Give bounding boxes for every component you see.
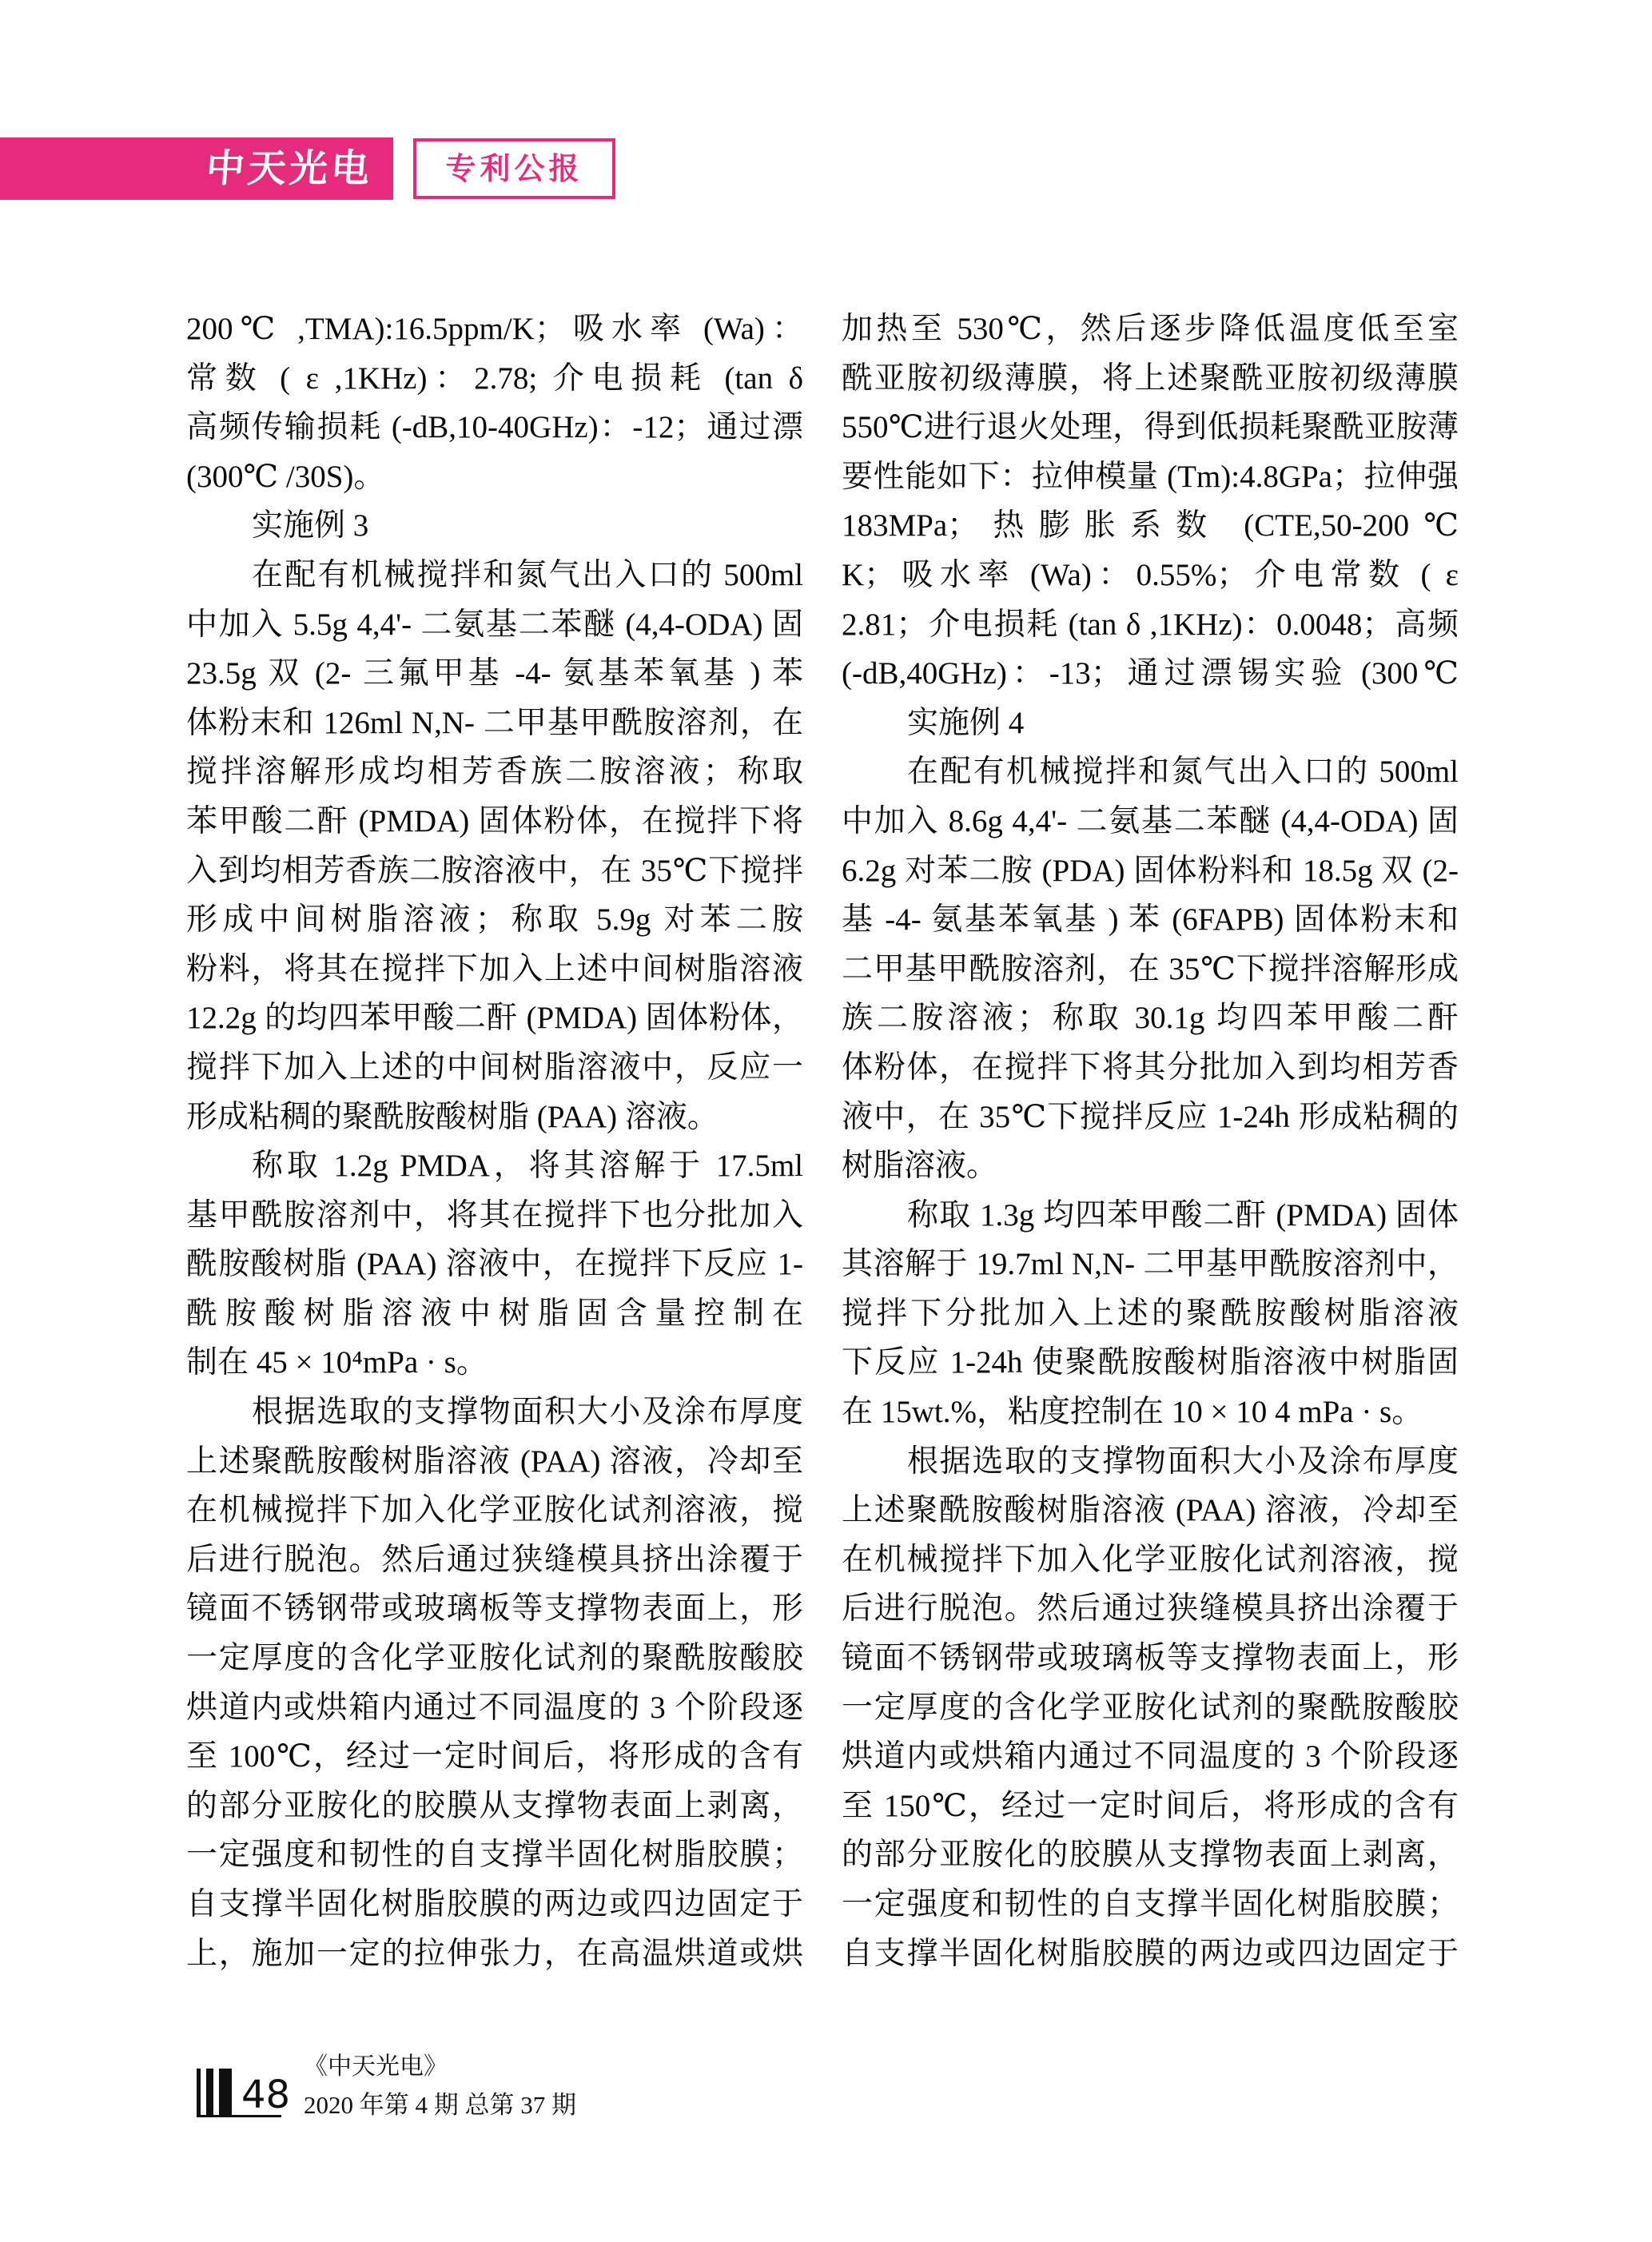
text-line: 根据选取的支撑物面积大小及涂布厚度称取足量 [186, 1388, 803, 1437]
barcode-icon [206, 2069, 213, 2115]
text-line: 中加入 8.6g 4,4'- 二氨基二苯醚 (4,4-ODA) 固体粉末、 [842, 797, 1459, 846]
text-line: 一定强度和韧性的自支撑半固化树脂胶膜；将上述的 [186, 1830, 803, 1880]
text-line: 搅拌溶解形成均相芳香族二胺溶液；称取 16.4g 均四 [186, 747, 803, 797]
text-line: 的部分亚胺化的胶膜从支撑物表面上剥离，得到具有 [842, 1830, 1459, 1880]
text-line: 形成粘稠的聚酰胺酸树脂 (PAA) 溶液。 [186, 1093, 803, 1142]
text-line: 其溶解于 19.7ml N,N- 二甲基甲酰胺溶剂中，将其在 [842, 1240, 1459, 1289]
text-line: 基 -4- 氨基苯氧基 ) 苯 (6FAPB) 固体粉末和 200ml N,N- [842, 895, 1459, 945]
text-line: 12.2g 的均四苯甲酸二酐 (PMDA) 固体粉体，将其在 [186, 994, 803, 1043]
text-line: 烘道内或烘箱内通过不同温度的 3 个阶段逐步加热 [842, 1732, 1459, 1782]
text-line: 一定厚度的含化学亚胺化试剂的聚酰胺酸胶膜；在 [842, 1683, 1459, 1733]
text-line: 二甲基甲酰胺溶剂，在 35℃下搅拌溶解形成均相芳香 [842, 945, 1459, 994]
text-line: 550℃进行退火处理，得到低损耗聚酰亚胺薄膜，其主 [842, 403, 1459, 452]
text-line: 常数 ( ε ,1KHz)：2.78; 介电损耗 (tan δ ,1KHz)：0… [186, 354, 803, 404]
text-line: 酰胺酸树脂 (PAA) 溶液中，在搅拌下反应 1-24h 使聚 [186, 1240, 803, 1289]
text-line: 搅拌下加入上述的中间树脂溶液中，反应一定时间后 [186, 1043, 803, 1093]
text-line: 烘道内或烘箱内通过不同温度的 3 个阶段逐步加热 [186, 1683, 803, 1733]
text-line: 在机械搅拌下加入化学亚胺化试剂溶液，搅拌均匀 [186, 1486, 803, 1535]
text-line: 上，施加一定的拉伸张力，在高温烘道或烘箱内分步 [186, 1929, 803, 1979]
right-column: 加热至 530℃，然后逐步降低温度低至室温，得到聚酰亚胺初级薄膜，将上述聚酰亚胺… [842, 305, 1459, 1978]
text-line: 至 150℃，经过一定时间后，将形成的含有部分溶剂 [842, 1782, 1459, 1831]
text-line: (300℃ /30S)。 [186, 452, 803, 502]
header-brand-band: 中天光电 [0, 137, 393, 200]
text-line: 称取 1.2g PMDA，将其溶解于 17.5ml N,N- 二甲 [186, 1141, 803, 1191]
text-line: 液中，在 35℃下搅拌反应 1-24h 形成粘稠的聚酰胺酸 [842, 1093, 1459, 1142]
text-line: 实施例 4 [842, 699, 1459, 748]
text-line: 体粉末和 126ml N,N- 二甲基甲酰胺溶剂，在 35℃下 [186, 699, 803, 748]
barcode-icon [219, 2069, 232, 2115]
text-line: 上述聚酰胺酸树脂溶液 (PAA) 溶液，冷却至 -5℃ ~5℃， [842, 1486, 1459, 1535]
text-line: 要性能如下：拉伸模量 (Tm):4.8GPa；拉伸强度 (Ts)： [842, 452, 1459, 502]
text-line: 酰亚胺初级薄膜，将上述聚酰亚胺初级薄膜在 300℃ - [842, 354, 1459, 404]
text-line: 23.5g 双 (2- 三氟甲基 -4- 氨基苯氧基 ) 苯 (6FAPB) 固 [186, 649, 803, 699]
text-line: 称取 1.3g 均四苯甲酸二酐 (PMDA) 固体粉体，将 [842, 1191, 1459, 1240]
text-line: 形成中间树脂溶液；称取 5.9g 对苯二胺 (PDA) 固体 [186, 895, 803, 945]
patent-gazette-badge: 专利公报 [413, 138, 615, 199]
text-line: 一定强度和韧性的自支撑半固化树脂胶膜；将上述的 [842, 1880, 1459, 1929]
text-line: 在配有机械搅拌和氮气出入口的 500ml 圆底烧瓶 [186, 551, 803, 600]
footer-rule [197, 2115, 281, 2117]
text-line: 后进行脱泡。然后通过狭缝模具挤出涂覆于无缝连续 [842, 1584, 1459, 1634]
text-line: 苯甲酸二酐 (PMDA) 固体粉体，在搅拌下将其分批加 [186, 797, 803, 846]
text-line: (-dB,40GHz)：-13；通过漂锡实验 (300℃ /30S)。 [842, 649, 1459, 699]
text-line: 高频传输损耗 (-dB,10-40GHz)：-12；通过漂锡实验 [186, 403, 803, 452]
text-line: 在机械搅拌下加入化学亚胺化试剂溶液，搅拌均匀 [842, 1535, 1459, 1585]
text-line: 183MPa；热膨胀系数 (CTE,50-200℃ ,TMA):16.1ppm/ [842, 501, 1459, 551]
text-line: 镜面不锈钢带或玻璃板等支撑物表面上，形成具有 [842, 1634, 1459, 1683]
text-line: 加热至 530℃，然后逐步降低温度低至室温，得到聚 [842, 305, 1459, 354]
text-line: 自支撑半固化树脂胶膜的两边或四边固定于固定框 [842, 1929, 1459, 1979]
barcode-icon [197, 2069, 201, 2115]
issue-info: 2020 年第 4 期 总第 37 期 [304, 2091, 576, 2120]
text-line: 树脂溶液。 [842, 1141, 1459, 1191]
journal-title: 《中天光电》 [304, 2053, 448, 2081]
text-line: 上述聚酰胺酸树脂溶液 (PAA) 溶液，冷却至 -5℃ ~5℃， [186, 1437, 803, 1487]
text-line: 基甲酰胺溶剂中，将其在搅拌下也分批加入上述的聚 [186, 1191, 803, 1240]
text-line: 自支撑半固化树脂胶膜的两边或四边固定于固定框架 [186, 1880, 803, 1929]
text-line: 体粉体，在搅拌下将其分批加入到均相芳香族二胺溶 [842, 1043, 1459, 1093]
left-column: 200℃ ,TMA):16.5ppm/K；吸水率 (Wa)：0.50%；介电常数… [186, 305, 803, 1978]
text-line: 实施例 3 [186, 501, 803, 551]
patent-gazette-badge-label: 专利公报 [445, 153, 583, 184]
text-line: 下反应 1-24h 使聚酰胺酸树脂溶液中树脂固含量控制 [842, 1338, 1459, 1388]
text-line: 镜面不锈钢带或玻璃板等支撑物表面上，形成具有 [186, 1584, 803, 1634]
text-line: 200℃ ,TMA):16.5ppm/K；吸水率 (Wa)：0.50%；介电 [186, 305, 803, 354]
text-line: 根据选取的支撑物面积大小及涂布厚度称取足量 [842, 1437, 1459, 1487]
text-line: 制在 45 × 10⁴mPa · s。 [186, 1338, 803, 1388]
patent-gazette-page: 中天光电 专利公报 200℃ ,TMA):16.5ppm/K；吸水率 (Wa)：… [0, 0, 1652, 2242]
text-line: 在 15wt.%，粘度控制在 10 × 10 4 mPa · s。 [842, 1388, 1459, 1437]
footer-page-mark: 48 [197, 2069, 290, 2115]
text-line: 入到均相芳香族二胺溶液中，在 35℃下搅拌反应 1-24h [186, 846, 803, 896]
text-line: 的部分亚胺化的胶膜从支撑物表面上剥离，得到具有 [186, 1782, 803, 1831]
text-line: 中加入 5.5g 4,4'- 二氨基二苯醚 (4,4-ODA) 固体粉末、 [186, 600, 803, 650]
text-line: 至 100℃，经过一定时间后，将形成的含有部分溶剂 [186, 1732, 803, 1782]
text-line: 粉料，将其在搅拌下加入上述中间树脂溶液中；称取 [186, 945, 803, 994]
text-line: 搅拌下分批加入上述的聚酰胺酸树脂溶液中，在搅拌 [842, 1289, 1459, 1339]
text-line: 2.81；介电损耗 (tan δ ,1KHz)：0.0048；高频传输损耗 [842, 600, 1459, 650]
text-line: 一定厚度的含化学亚胺化试剂的聚酰胺酸胶膜；在 [186, 1634, 803, 1683]
page-number: 48 [241, 2075, 290, 2115]
text-line: K；吸水率 (Wa)：0.55%；介电常数 ( ε ,1KHz)： [842, 551, 1459, 600]
company-logo: 中天光电 [205, 149, 373, 188]
text-line: 在配有机械搅拌和氮气出入口的 500ml 圆底烧瓶 [842, 747, 1459, 797]
text-line: 酰胺酸树脂溶液中树脂固含量控制在 35wt.%，粘度控 [186, 1289, 803, 1339]
text-line: 后进行脱泡。然后通过狭缝模具挤出涂覆于无缝连续 [186, 1535, 803, 1585]
text-line: 族二胺溶液；称取 30.1g 均四苯甲酸二酐 (PMDA) 固 [842, 994, 1459, 1043]
text-line: 6.2g 对苯二胺 (PDA) 固体粉料和 18.5g 双 (2- 三氟甲 [842, 846, 1459, 896]
